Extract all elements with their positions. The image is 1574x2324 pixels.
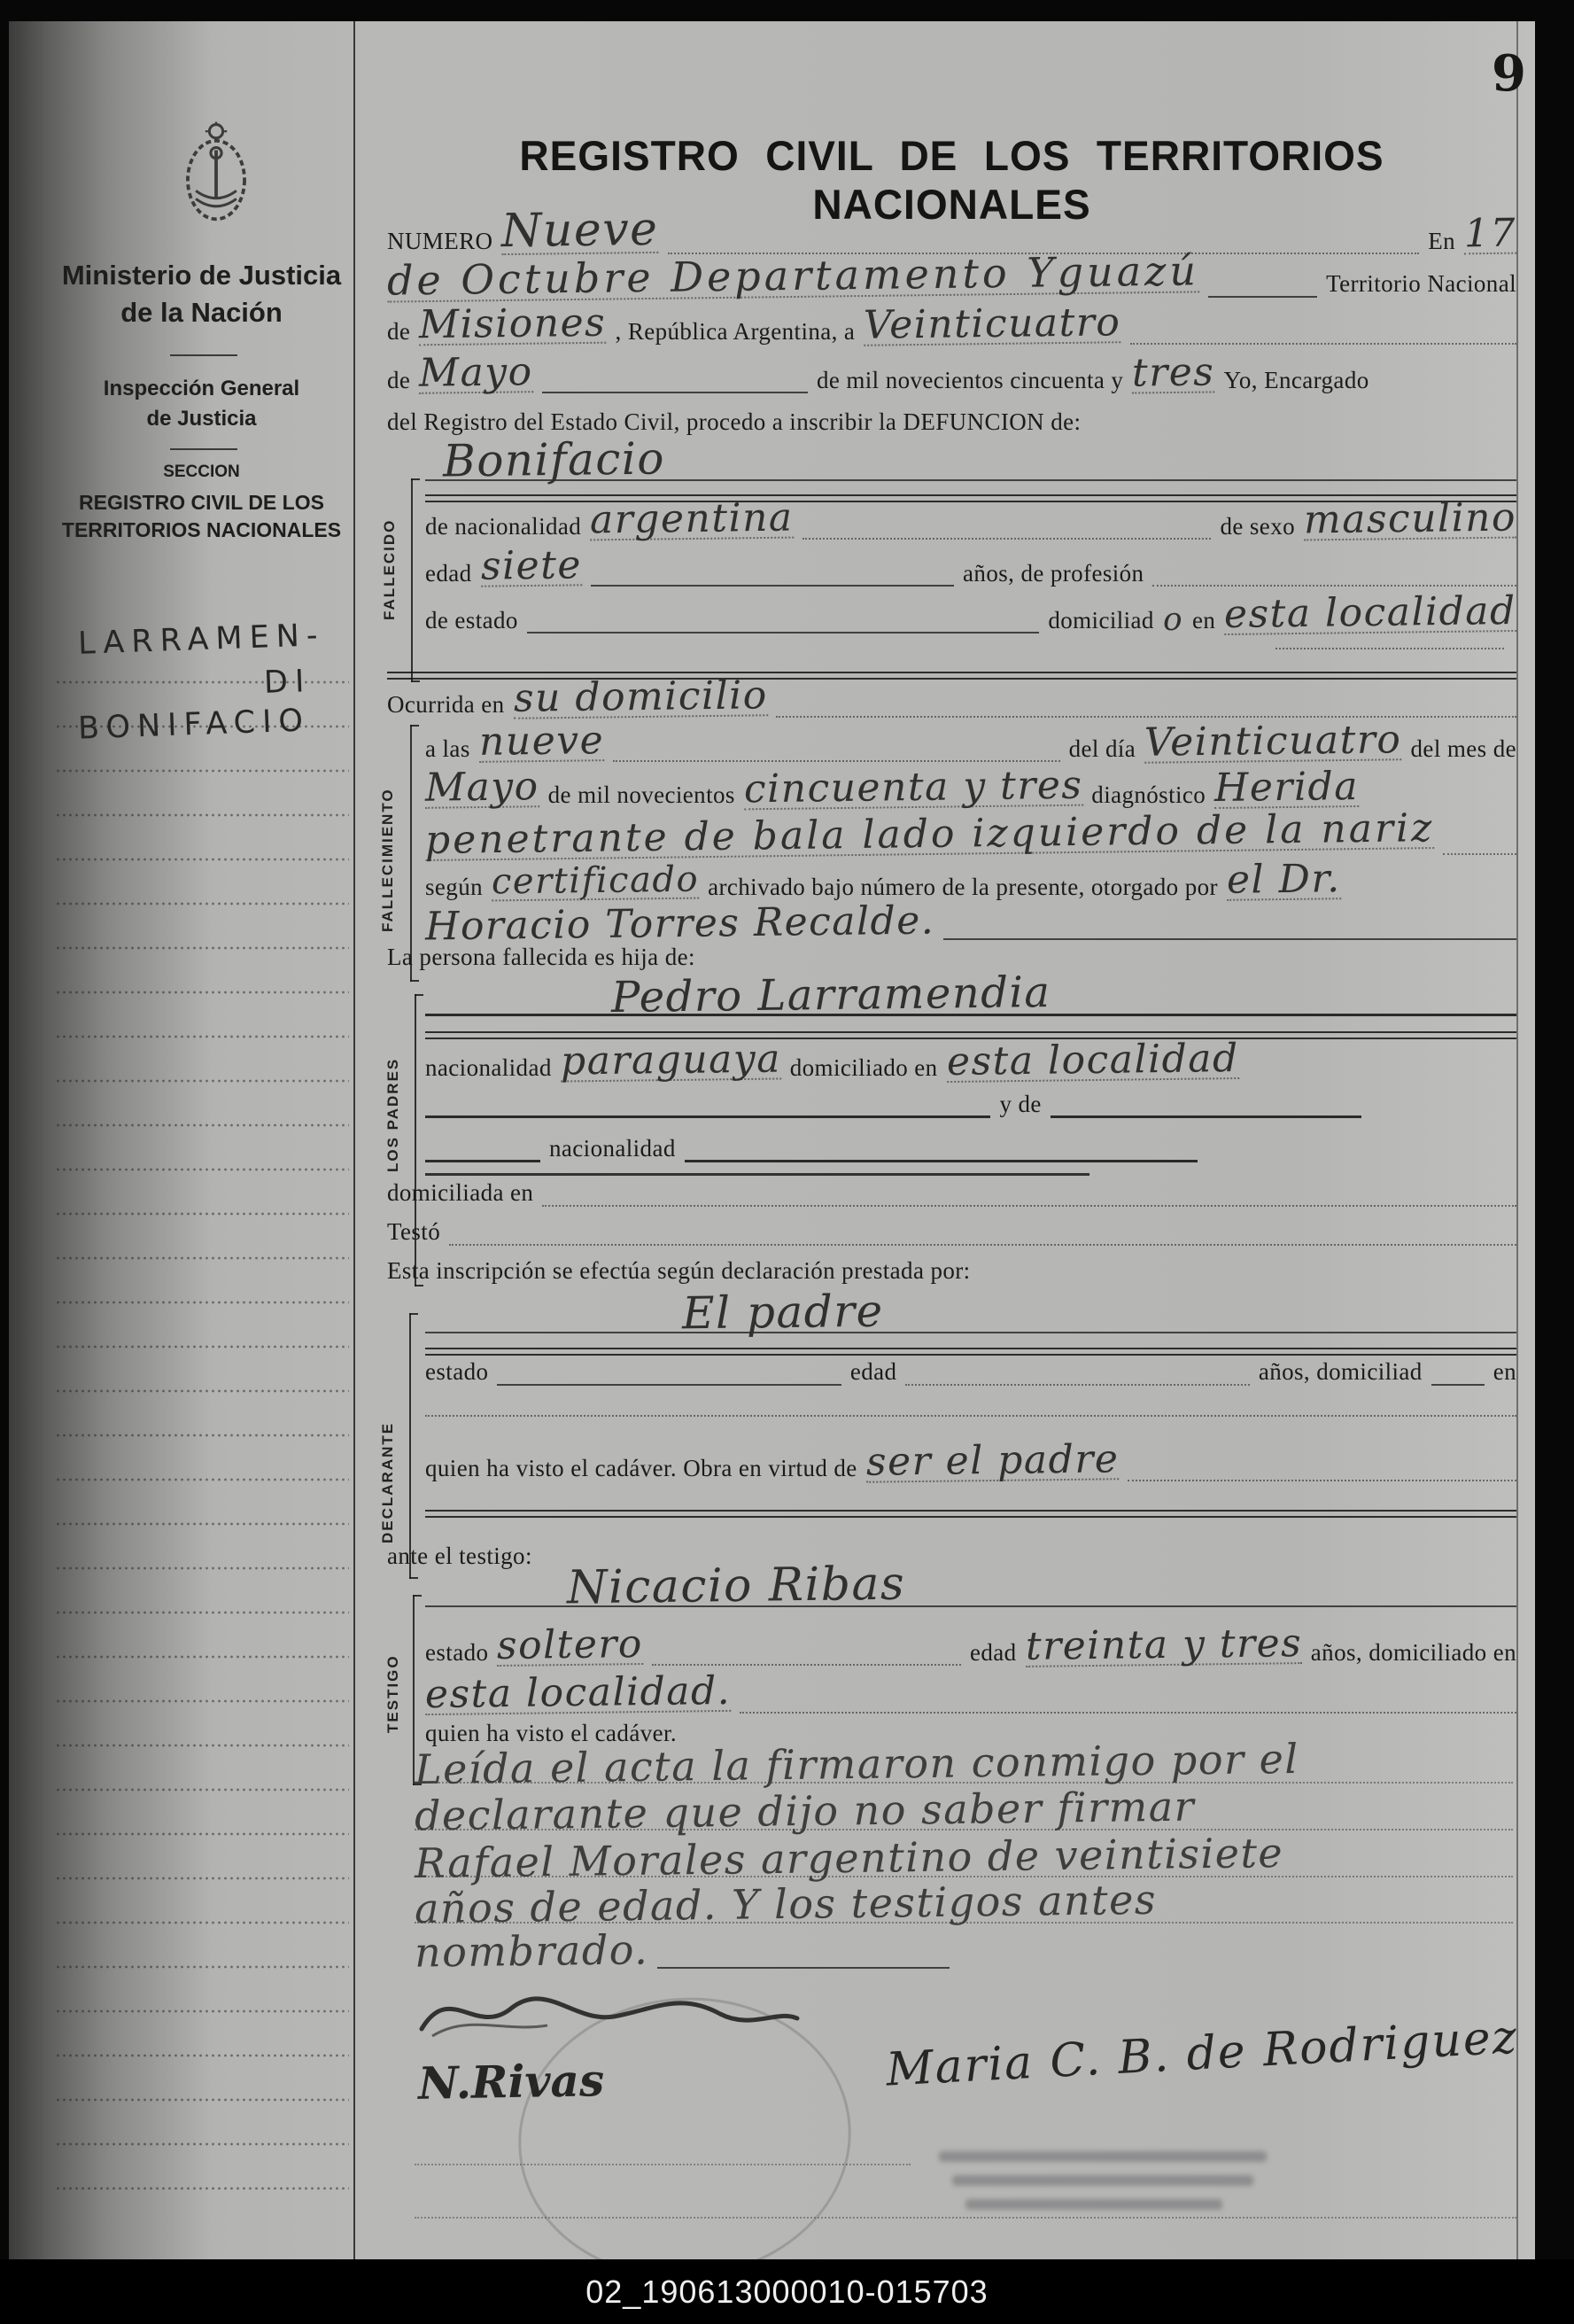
numero-row: NUMERO Nueve En 17 (387, 211, 1516, 254)
numero-label: NUMERO (387, 229, 492, 255)
sidebar-divider (170, 448, 237, 450)
ruled-line (415, 2162, 911, 2165)
closing-text: nombrado. (415, 1932, 649, 1970)
blank-line (652, 1659, 961, 1666)
form-left-border (353, 21, 355, 2259)
stamp-line (952, 2175, 1253, 2186)
en-label: en (1493, 1359, 1516, 1386)
nacionalidad-label: nacionalidad (425, 1055, 552, 1082)
form-right-border (1516, 21, 1518, 2259)
virtud-value: ser el padre (865, 1442, 1119, 1483)
month-value: Mayo (419, 355, 533, 394)
section-name-line2: TERRITORIOS NACIONALES (53, 517, 350, 544)
en-label: En (1428, 229, 1455, 255)
witness-estado-row: estado soltero edad treinta y tres años,… (425, 1628, 1516, 1666)
mes-label: del mes de (1411, 736, 1516, 763)
inspection-line1: Inspección General (53, 374, 350, 404)
deceased-name-row: Bonifacio (425, 441, 1516, 481)
mother-row: y de (425, 1092, 1516, 1118)
nationality-row: de nacionalidad argentina de sexo mascul… (425, 502, 1516, 540)
edad-label: edad (850, 1359, 897, 1386)
testo-row: Testó (387, 1219, 1516, 1246)
year-value: tres (1132, 355, 1215, 394)
father-name-row: Pedro Larramendia (425, 977, 1516, 1016)
blank-line (425, 1111, 990, 1118)
blank-line (1443, 849, 1516, 855)
witness-domicilio-row: esta localidad. (425, 1676, 1516, 1714)
declarante-section-label: DECLARANTE (379, 1384, 397, 1543)
witness-name-row: Nicacio Ribas (425, 1566, 1516, 1607)
blank-line (1208, 291, 1317, 298)
inscripcion-row: Esta inscripción se efectúa según declar… (387, 1258, 1516, 1285)
medico-row: Horacio Torres Recalde. (425, 907, 1516, 940)
territorio-label: Territorio Nacional (1326, 271, 1516, 298)
blank-line (685, 1155, 1198, 1162)
closing-text: Leída el acta la firmaron conmigo por el (415, 1742, 1299, 1787)
testigo-section-label: TESTIGO (384, 1644, 402, 1733)
dia-label: del día (1069, 736, 1136, 763)
blank-row (425, 1411, 1516, 1417)
scanned-death-certificate: 9 Ministerio de Justicia de la Nación In… (0, 0, 1574, 2324)
estado-label: estado (425, 1640, 488, 1667)
scan-footer-code: 02_190613000010-015703 (585, 2273, 988, 2311)
spacer (958, 1967, 1513, 1969)
novecientos-label: de mil novecientos (548, 782, 735, 809)
argentina-coat-of-arms-icon (175, 120, 257, 233)
blank-line (1051, 1111, 1361, 1118)
blank-line (1128, 1475, 1516, 1481)
territory-row: de Misiones , República Argentina, a Vei… (387, 307, 1516, 345)
domicilio-value: esta localidad. (425, 1675, 732, 1716)
blank-line (425, 1411, 1516, 1417)
domiciliado-label: domiciliado en (790, 1055, 938, 1082)
nacionalidad-value: paraguaya (561, 1042, 781, 1082)
domiciliada-row: domiciliada en (387, 1180, 1516, 1207)
blank-line (740, 1707, 1516, 1714)
witness-name: Nicacio Ribas (567, 1565, 906, 1608)
testo-label: Testó (387, 1219, 440, 1246)
section-name-line1: REGISTRO CIVIL DE LOS (53, 489, 350, 517)
fallecido-brace (411, 478, 413, 682)
father-name: Pedro Larramendia (611, 975, 1051, 1016)
age-row: edad siete años, de profesión (425, 549, 1516, 587)
fallecido-section-label: FALLECIDO (381, 518, 399, 620)
year-label: de mil novecientos cincuenta y (817, 368, 1123, 394)
blank-line (542, 387, 808, 393)
en-label: en (1192, 608, 1215, 634)
declarant-estado-row: estado edad años, domiciliad en (425, 1359, 1516, 1386)
de2-label: de (387, 368, 410, 394)
mother-nationality-row: nacionalidad (425, 1136, 1516, 1162)
lugar-value: su domicilio (513, 679, 767, 719)
blank-line (542, 1201, 1516, 1207)
hija-row: La persona fallecida es hija de: (387, 944, 1516, 971)
ruled-line (415, 2215, 1516, 2219)
blank-line (905, 1380, 1249, 1386)
edad-value: siete (480, 548, 581, 587)
closing-line-4: años de edad. Y los testigos antes (415, 1887, 1513, 1924)
inspection-line2: de Justicia (53, 404, 350, 434)
blank-line (1431, 1380, 1485, 1386)
nacionalidad2-label: nacionalidad (549, 1136, 676, 1162)
blank-line (657, 1963, 950, 1969)
ocurrida-row: Ocurrida en su domicilio (387, 680, 1516, 718)
blank-line (1152, 580, 1516, 587)
diagnostico2-row: penetrante de bala lado izquierdo de la … (425, 818, 1516, 855)
yde-label: y de (999, 1092, 1041, 1118)
blank-row (1275, 643, 1504, 649)
blank-line (1130, 338, 1516, 345)
margin-ruled-lines (55, 660, 349, 2206)
inscribir-label: del Registro del Estado Civil, procedo a… (387, 409, 1081, 436)
estado-label: de estado (425, 608, 518, 634)
stamp-line (965, 2199, 1222, 2210)
blank-line (527, 627, 1040, 633)
closing-line-3: Rafael Morales argentino de veintisiete (415, 1841, 1513, 1877)
blank-line (591, 580, 955, 587)
diagnostico-value1: Herida (1214, 770, 1359, 809)
diagnostico-label: diagnóstico (1091, 782, 1206, 809)
dia-value: Veinticuatro (1144, 723, 1402, 764)
hora-row: a las nueve del día Veinticuatro del mes… (425, 725, 1516, 762)
blank-line (425, 1155, 540, 1162)
certificado-row: según certificado archivado bajo número … (425, 863, 1516, 900)
sexo-label: de sexo (1220, 514, 1295, 540)
estado-row: de estado domiciliad o en esta localidad (425, 596, 1516, 633)
diagnostico-value2: penetrante de bala lado izquierdo de la … (425, 812, 1435, 861)
domiciliado-label: años, domiciliado en (1311, 1640, 1516, 1667)
domiciliad-label: años, domiciliad (1259, 1359, 1423, 1386)
hija-label: La persona fallecida es hija de: (387, 944, 695, 971)
estado-value: soltero (497, 1628, 643, 1667)
inscripcion-label: Esta inscripción se efectúa según declar… (387, 1258, 971, 1285)
ocurrida-label: Ocurrida en (387, 692, 505, 719)
blank-line (613, 756, 1060, 762)
certificado-value: certificado (492, 865, 700, 902)
day-value: Veinticuatro (864, 306, 1121, 346)
double-rule (425, 1510, 1516, 1518)
closing-line-1: Leída el acta la firmaron conmigo por el (415, 1747, 1513, 1784)
heavy-rule (425, 1173, 1089, 1176)
territory-value: Misiones (419, 307, 607, 346)
sexo-value: masculino (1304, 501, 1517, 541)
father-nationality-row: nacionalidad paraguaya domiciliado en es… (425, 1044, 1516, 1081)
edad-label: edad (425, 561, 472, 587)
profesion-label: años, de profesión (963, 561, 1144, 587)
page-number: 9 (1492, 44, 1526, 103)
otorgante-value: el Dr. (1227, 862, 1341, 901)
alas-label: a las (425, 736, 470, 763)
encargado-label: Yo, Encargado (1224, 368, 1369, 394)
numero-value: Nueve (501, 210, 659, 255)
place-row: de Octubre Departamento Yguazú Territori… (387, 259, 1516, 298)
blank-line (1275, 643, 1504, 649)
margin-surname-cont: DI (263, 664, 312, 701)
deceased-name: Bonifacio (443, 439, 665, 480)
virtud-row: quien ha visto el cadáver. Obra en virtu… (425, 1444, 1516, 1481)
stamp-line (939, 2151, 1267, 2162)
padres-section-label: LOS PADRES (384, 1057, 402, 1172)
faint-stamp (939, 2151, 1293, 2223)
inspection-title: Inspección General de Justicia (53, 374, 350, 433)
spacer (1206, 1161, 1516, 1162)
republica-label: , República Argentina, a (616, 319, 856, 346)
section-name: REGISTRO CIVIL DE LOS TERRITORIOS NACION… (53, 489, 350, 544)
ministry-line1: Ministerio de Justicia (53, 257, 350, 294)
anio-value: cincuenta y tres (744, 769, 1083, 811)
blank-line (943, 934, 1516, 940)
sidebar-divider (170, 354, 237, 356)
double-rule (425, 1348, 1516, 1356)
blank-line (776, 711, 1516, 718)
declarant-name: El padre (682, 1293, 884, 1333)
medico-value: Horacio Torres Recalde. (425, 904, 935, 943)
declarant-name-row: El padre (425, 1294, 1516, 1333)
fallecimiento-section-label: FALLECIMIENTO (379, 773, 397, 932)
domiciliad-label: domiciliad (1048, 608, 1153, 634)
blank-line (803, 533, 1212, 540)
visto-label: quien ha visto el cadáver. Obra en virtu… (425, 1456, 857, 1482)
blank-line (449, 1240, 1516, 1246)
archivado-label: archivado bajo número de la presente, ot… (708, 874, 1218, 901)
nacionalidad-value: argentina (590, 501, 794, 541)
domiciliad-gender: o (1163, 607, 1184, 634)
spacer (1370, 1116, 1516, 1118)
scan-footer-bar: 02_190613000010-015703 (0, 2259, 1574, 2324)
ministry-title: Ministerio de Justicia de la Nación (53, 257, 350, 331)
domicilio-value: esta localidad (946, 1042, 1238, 1083)
hora-value: nueve (478, 724, 604, 763)
mes-diagnostico-row: Mayo de mil novecientos cincuenta y tres… (425, 771, 1516, 808)
segun-label: según (425, 874, 483, 901)
closing-line-5: nombrado. (415, 1934, 1513, 1969)
inscribir-row: del Registro del Estado Civil, procedo a… (387, 409, 1516, 436)
closing-text: declarante que dijo no saber firmar (415, 1790, 1196, 1834)
edad-label: edad (970, 1640, 1017, 1667)
domicilio-value: esta localidad (1224, 595, 1516, 635)
closing-text: Rafael Morales argentino de veintisiete (415, 1836, 1284, 1881)
closing-line-2: declarante que dijo no saber firmar (415, 1794, 1513, 1830)
declarante-brace (409, 1313, 411, 1579)
domiciliada-label: domiciliada en (387, 1180, 533, 1207)
de-label: de (387, 319, 410, 346)
ministry-line2: de la Nación (53, 294, 350, 331)
nacionalidad-label: de nacionalidad (425, 514, 581, 540)
closing-text: años de edad. Y los testigos antes (415, 1883, 1157, 1926)
edad-value: treinta y tres (1025, 1627, 1302, 1667)
section-label: SECCION (53, 462, 350, 482)
en-value: 17 (1464, 216, 1517, 254)
blank-line (497, 1380, 841, 1386)
mes-value: Mayo (425, 770, 539, 809)
estado-label: estado (425, 1359, 488, 1386)
place-value: de Octubre Departamento Yguazú (387, 253, 1200, 302)
date-row: de Mayo de mil novecientos cincuenta y t… (387, 356, 1516, 393)
